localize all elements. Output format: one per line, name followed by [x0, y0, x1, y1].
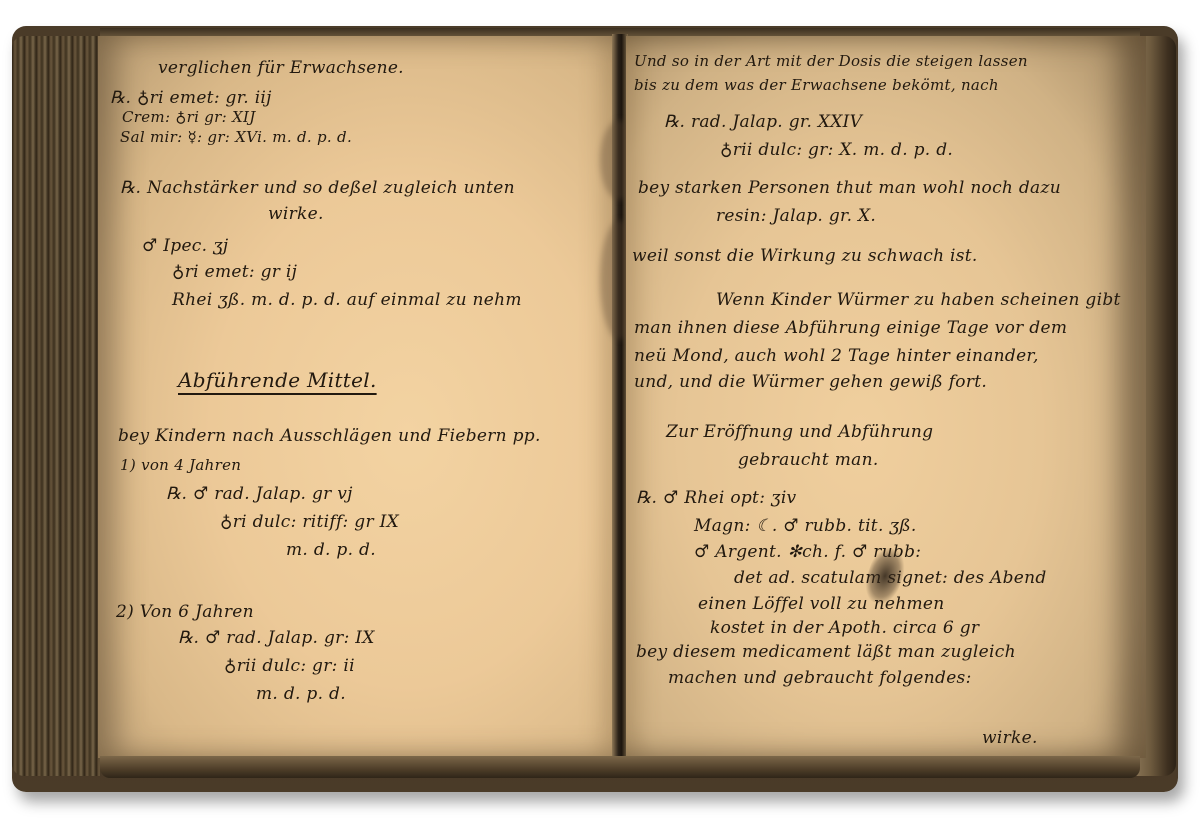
handwritten-line: Zur Eröffnung und Abführung [666, 422, 933, 442]
handwritten-line: wirke. [982, 728, 1038, 748]
handwritten-line: kostet in der Apoth. circa 6 gr [710, 618, 979, 638]
handwritten-line: wirke. [268, 204, 324, 224]
handwritten-line: ♂ Ipec. ʒj [142, 236, 229, 256]
handwritten-line: bey diesem medicament läßt man zugleich [636, 642, 1016, 662]
handwritten-line: ♁rii dulc: gr: X. m. d. p. d. [720, 140, 953, 160]
handwritten-line: weil sonst die Wirkung zu schwach ist. [632, 246, 978, 266]
handwritten-line: Crem: ♁ri gr: XIJ [122, 108, 256, 126]
handwritten-line: ℞. ♂ rad. Jalap. gr: IX [178, 628, 375, 648]
handwritten-line: neü Mond, auch wohl 2 Tage hinter einand… [634, 346, 1039, 366]
book-bottom-edge [100, 756, 1140, 778]
handwritten-line: Magn: ☾. ♂ rubb. tit. ʒß. [694, 516, 917, 536]
handwritten-line: ℞. ♂ rad. Jalap. gr vj [166, 484, 353, 504]
section-heading: Abführende Mittel. [178, 368, 377, 392]
left-page: verglichen für Erwachsene. ℞. ♁ri emet: … [98, 36, 614, 758]
handwritten-line: ℞. ♂ Rhei opt: ʒiv [636, 488, 796, 508]
handwritten-line: ℞. Nachstärker und so deßel zugleich unt… [120, 178, 515, 198]
handwritten-line: bey Kindern nach Ausschlägen und Fiebern… [118, 426, 541, 446]
handwritten-line: m. d. p. d. [286, 540, 376, 560]
handwritten-line: resin: Jalap. gr. X. [716, 206, 876, 226]
handwritten-line: man ihnen diese Abführung einige Tage vo… [634, 318, 1067, 338]
page-block-left-edge [12, 36, 100, 776]
handwritten-line: bey starken Personen thut man wohl noch … [638, 178, 1061, 198]
handwritten-line: ♁ri emet: gr ij [172, 262, 297, 282]
handwritten-line: Wenn Kinder Würmer zu haben scheinen gib… [716, 290, 1121, 310]
handwritten-line: einen Löffel voll zu nehmen [698, 594, 944, 614]
handwritten-line: Sal mir: ☿: gr: XVi. m. d. p. d. [120, 128, 352, 146]
handwritten-line: machen und gebraucht folgendes: [668, 668, 972, 688]
handwritten-line: 1) von 4 Jahren [120, 456, 241, 474]
right-page: Und so in der Art mit der Dosis die stei… [626, 36, 1146, 758]
handwritten-line: gebraucht man. [738, 450, 879, 470]
handwritten-line: verglichen für Erwachsene. [158, 58, 404, 78]
handwritten-line: m. d. p. d. [256, 684, 346, 704]
handwritten-line: Und so in der Art mit der Dosis die stei… [634, 52, 1028, 70]
handwritten-line: und, und die Würmer gehen gewiß fort. [634, 372, 987, 392]
handwritten-line: ℞. ♁ri emet: gr. iij [110, 88, 272, 108]
handwritten-line: bis zu dem was der Erwachsene bekömt, na… [634, 76, 999, 94]
handwritten-line: ℞. rad. Jalap. gr. XXIV [664, 112, 862, 132]
handwritten-line: ♁ri dulc: ritiff: gr IX [220, 512, 399, 532]
handwritten-line: 2) Von 6 Jahren [116, 602, 254, 622]
handwritten-line: Rhei ʒß. m. d. p. d. auf einmal zu nehm [172, 290, 522, 310]
handwritten-line: ♁rii dulc: gr: ii [224, 656, 355, 676]
